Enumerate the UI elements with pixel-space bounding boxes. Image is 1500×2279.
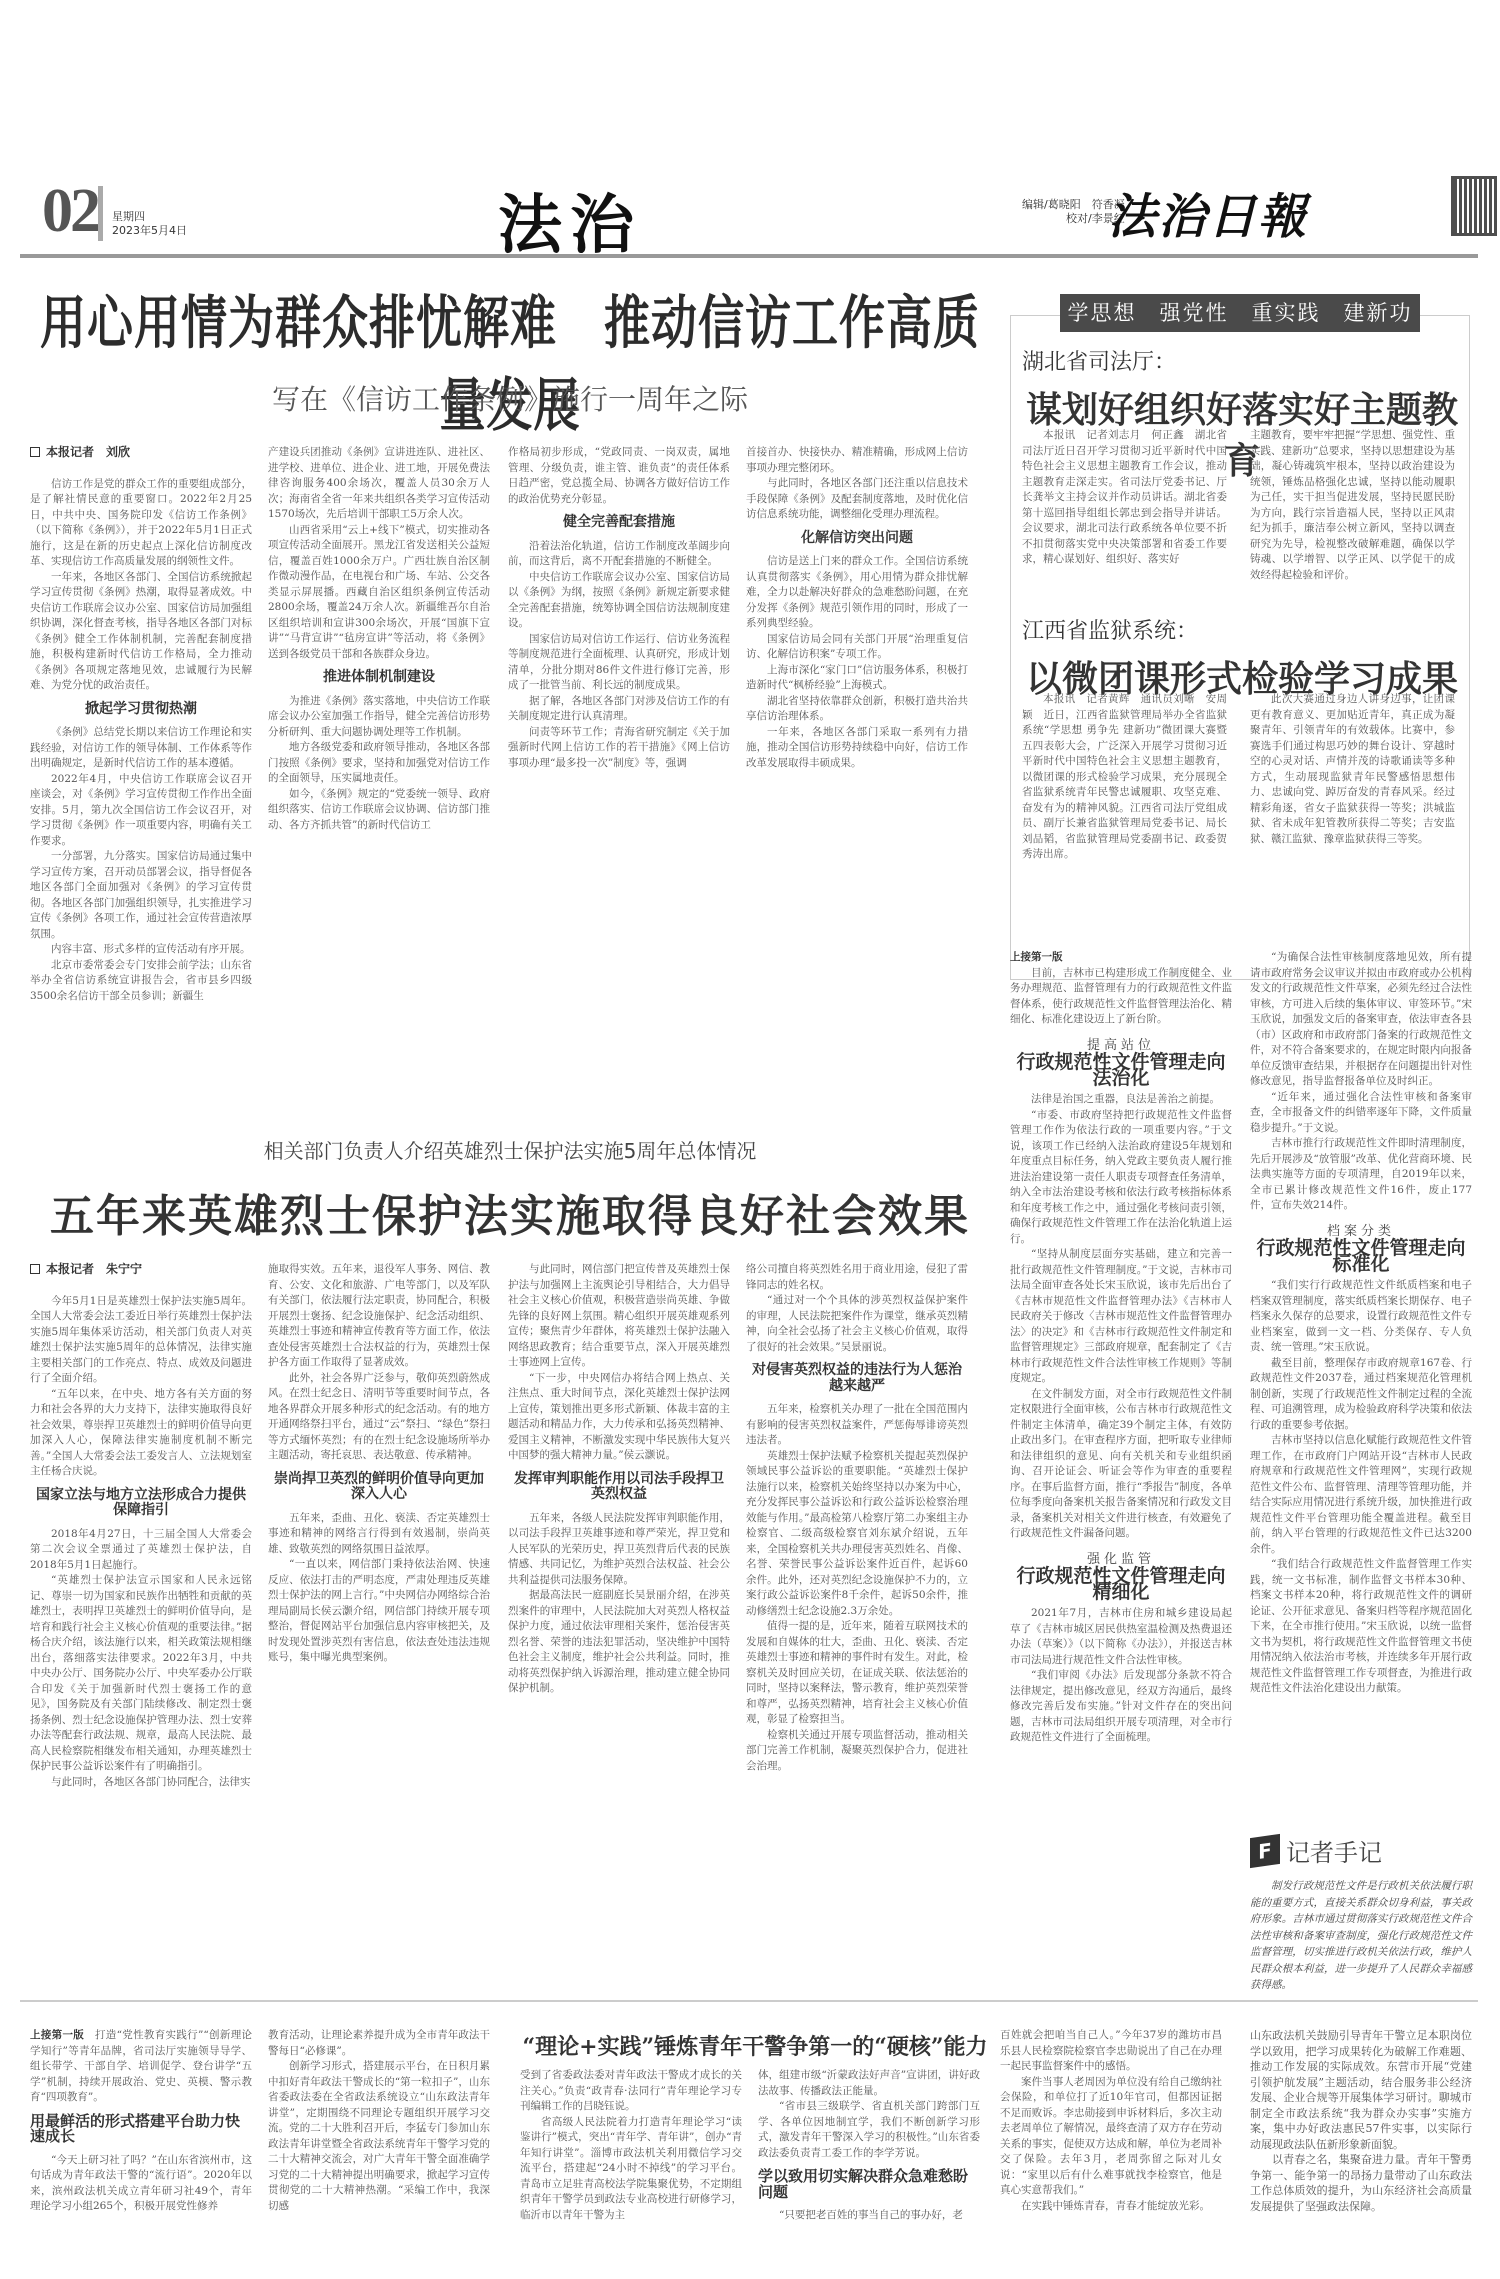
hubei-column-2: 主题教育，要牢牢把握“学思想、强党性、重实践、建新功”总要求，坚持以思想建设为基… <box>1250 428 1455 583</box>
article1-subheadline: 写在《信访工作条例》施行一周年之际 <box>20 378 1000 418</box>
article1-subhead-2: 推进体制机制建设 <box>268 670 490 686</box>
reporter-notes-header: F记者手记 <box>1250 1833 1472 1868</box>
jilin-column-1: 上接第一版 目前，吉林市已构建形成工作制度健全、业务办理规范、监督管理有力的行政… <box>1010 950 1232 1746</box>
hubei-column-1: 本报讯 记者刘志月 何正鑫 湖北省司法厅近日召开学习贯彻习近平新时代中国特色社会… <box>1022 428 1227 568</box>
article2-subhead-2: 崇尚捍卫英烈的鲜明价值导向更加深入人心 <box>268 1472 490 1503</box>
reporter-notes-icon: F <box>1250 1833 1280 1867</box>
article2-column-3: 与此同时，网信部门把宣传普及英雄烈士保护法与加强网上主流舆论引导相结合，大力倡导… <box>508 1262 730 1697</box>
continued-from-page-one: 上接第一版 <box>30 2029 84 2041</box>
page-number: 02 <box>42 180 98 242</box>
article2-kicker: 相关部门负责人介绍英雄烈士保护法实施5周年总体情况 <box>20 1135 1000 1164</box>
article3-column-4: 体，组建市级“沂蒙政法好声音”宣讲团，讲好政法故事、传播政法正能量。 “省市县三… <box>758 2068 980 2224</box>
jiangxi-column-1: 本报讯 记者黄辉 通讯员刘晰 安周颖 近日，江西省监狱管理局举办全省监狱系统“学… <box>1022 692 1227 863</box>
reporter-notes-title: 记者手记 <box>1286 1839 1382 1867</box>
article3-subhead-1: 用最鲜活的形式搭建平台助力快速成长 <box>30 2114 252 2145</box>
article3-column-5: 百姓就会把咱当自己人。”今年37岁的潍坊市昌乐县人民检察院检察官李忠勋说出了自己… <box>1000 2028 1222 2214</box>
article3-subhead-2: 学以致用切实解决群众急难愁盼问题 <box>758 2169 980 2200</box>
issue-date: 星期四 2023年5月4日 <box>112 210 187 238</box>
weekday: 星期四 <box>112 210 187 224</box>
date: 2023年5月4日 <box>112 224 187 238</box>
article1-column-4: 首接首办、快接快办、精准精确，形成网上信访事项办理完整闭环。 与此同时，各地区各… <box>746 445 968 771</box>
jiangxi-story: 江西省监狱系统： 以微团课形式检验学习成果 <box>1022 614 1462 702</box>
article3-headline: “理论+实践”锤炼青年干警争第一的“硬核”能力 <box>520 2030 990 2061</box>
article1-byline: 本报记者 刘欣 <box>30 445 252 461</box>
article2-column-1: 本报记者 朱宁宁 今年5月1日是英雄烈士保护法实施5周年。全国人大常委会法工委近… <box>30 1262 252 1790</box>
article2-subhead-3: 发挥审判职能作用以司法手段捍卫英烈权益 <box>508 1472 730 1503</box>
jilin-subhead-2: 行政规范性文件管理走向精细化 <box>1010 1569 1232 1600</box>
reporter-notes: F记者手记 制发行政规范性文件是行政机关依法履行职能的重要方式，直接关系群众切身… <box>1250 1833 1472 1994</box>
article3-column-6: 山东政法机关鼓励引导青年干警立足本职岗位学以致用，把学习成果转化为破解工作难题、… <box>1250 2028 1472 2214</box>
article2-headline: 五年来英雄烈士保护法实施取得良好社会效果 <box>20 1180 1000 1244</box>
article2-byline: 本报记者 朱宁宁 <box>30 1262 252 1278</box>
jiangxi-column-2: 此次大赛通过身边人讲身边事，让团课更有教育意义、更加贴近青年，真正成为凝聚青年、… <box>1250 692 1455 847</box>
article2-subhead-4: 对侵害英烈权益的违法行为人惩治越来越严 <box>746 1363 968 1394</box>
article3-column-1: 上接第一版 打造“党性教育实践行”“创新理论学知行”等青年品牌，省司法厅实施领导… <box>30 2028 252 2215</box>
page-number-divider <box>98 186 103 241</box>
hubei-kicker: 湖北省司法厅： <box>1022 345 1462 376</box>
article1-subhead-4: 化解信访突出问题 <box>746 531 968 547</box>
masthead-rule <box>20 254 1478 258</box>
byline-box-icon <box>30 1264 40 1274</box>
continued-from-page-one: 上接第一版 <box>1010 950 1232 966</box>
article3-column-3: 受到了省委政法委对青年政法干警成才成长的关注关心。”负责“政青春·法同行”青年理… <box>520 2068 742 2223</box>
jilin-column-2: “为确保合法性审核制度落地见效，所有提请市政府常务会议审议并拟由市政府或办公机构… <box>1250 950 1472 1697</box>
jilin-subhead-3: 行政规范性文件管理走向标准化 <box>1250 1241 1472 1272</box>
article2-column-2: 施取得实效。五年来，退役军人事务、网信、教育、公安、文化和旅游、广电等部门，以及… <box>268 1262 490 1666</box>
article1-column-1: 本报记者 刘欣 信访工作是党的群众工作的重要组成部分，是了解社情民意的重要窗口。… <box>30 445 252 1004</box>
newspaper-logo: 法治日報 <box>1108 178 1308 247</box>
jilin-subhead-1: 行政规范性文件管理走向法治化 <box>1010 1055 1232 1086</box>
article3-column-2: 教育活动，让理论素养提升成为全市青年政法干警每日“必修课”。 创新学习形式，搭建… <box>268 2028 490 2214</box>
article1-subhead-1: 掀起学习贯彻热潮 <box>30 702 252 718</box>
reporter-notes-text: 制发行政规范性文件是行政机关依法履行职能的重要方式，直接关系群众切身利益，事关政… <box>1250 1878 1472 1994</box>
article1-column-2: 产建设兵团推动《条例》宣讲进连队、进社区、进学校、进单位、进企业、进工地，开展免… <box>268 445 490 833</box>
theme-banner: 学思想 强党性 重实践 建新功 <box>1060 294 1420 332</box>
article1-column-3: 作格局初步形成，“党政同责、一岗双责，属地管理、分级负责，谁主管、谁负责”的责任… <box>508 445 730 771</box>
jiangxi-kicker: 江西省监狱系统： <box>1022 614 1462 645</box>
article1-subhead-3: 健全完善配套措施 <box>508 515 730 531</box>
article2-subhead-1: 国家立法与地方立法形成合力提供保障指引 <box>30 1488 252 1519</box>
section-title: 法治 <box>498 174 642 266</box>
section-divider <box>20 2000 1478 2002</box>
qr-code-icon[interactable] <box>1451 176 1497 236</box>
byline-box-icon <box>30 447 40 457</box>
article2-column-4: 络公司擅自将英烈姓名用于商业用途，侵犯了雷锋同志的姓名权。 “通过对一个个具体的… <box>746 1262 968 1774</box>
masthead: 02 星期四 2023年5月4日 法治 编辑/葛晓阳 符香凝 校对/李景红 法治… <box>20 170 1498 255</box>
